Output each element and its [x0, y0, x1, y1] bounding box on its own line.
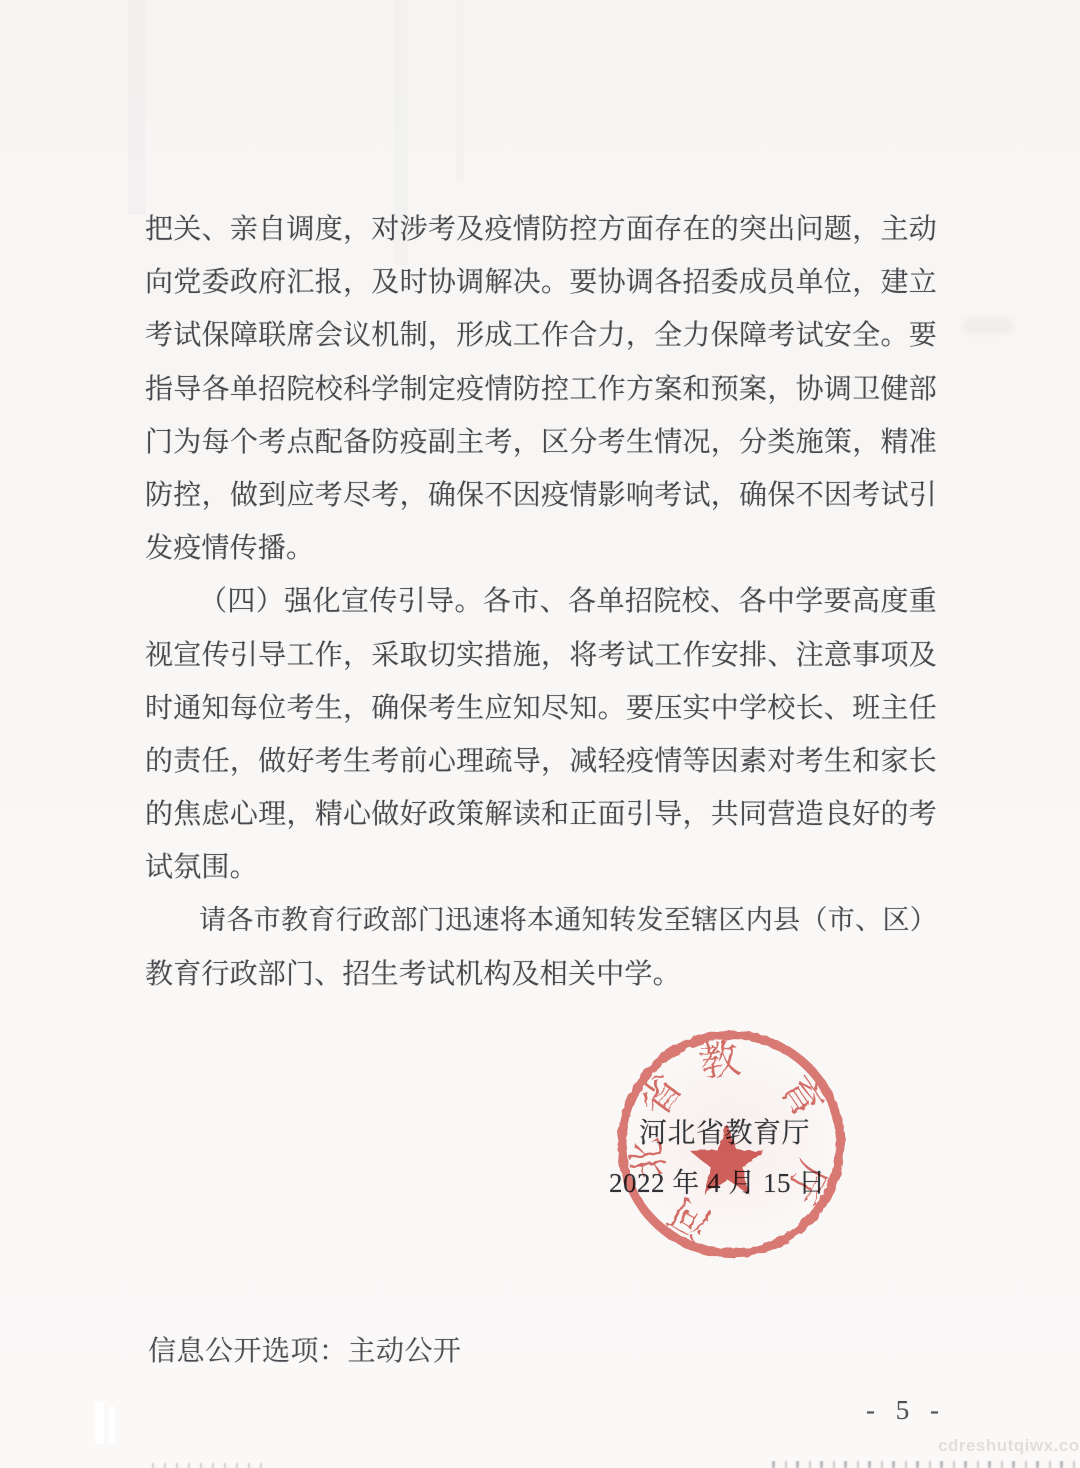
body-line: 向党委政府汇报，及时协调解决。要协调各招委成员单位，建立	[145, 256, 937, 309]
scan-artifact-streak	[95, 1402, 104, 1444]
body-text: 把关、亲自调度，对涉考及疫情防控方面存在的突出问题，主动 向党委政府汇报，及时协…	[145, 203, 937, 1001]
body-line: 时通知每位考生，确保考生应知尽知。要压实中学校长、班主任	[145, 682, 937, 735]
scan-artifact-streak	[128, 0, 146, 215]
scan-artifact-streak	[456, 0, 464, 180]
body-line: 教育行政部门、招生考试机构及相关中学。	[145, 948, 937, 1001]
body-line: 发疫情传播。	[145, 522, 937, 575]
watermark-text: cdreshutqiwx.co	[938, 1436, 1080, 1456]
body-line: 的焦虑心理，精心做好政策解读和正面引导，共同营造良好的考	[145, 788, 937, 841]
seal-star-icon	[690, 1124, 764, 1195]
scan-artifact-cutoff-text	[772, 1461, 1080, 1468]
body-line: 的责任，做好考生考前心理疏导，减轻疫情等因素对考生和家长	[145, 735, 937, 788]
body-line: （四）强化宣传引导。各市、各单招院校、各中学要高度重	[145, 575, 937, 628]
disclosure-note: 信息公开选项：主动公开	[148, 1329, 462, 1369]
body-line: 考试保障联席会议机制，形成工作合力，全力保障考试安全。要	[145, 309, 937, 362]
body-line: 门为每个考点配备防疫副主考，区分考生情况，分类施策，精准	[145, 416, 937, 469]
body-line: 试氛围。	[145, 841, 937, 894]
body-line: 把关、亲自调度，对涉考及疫情防控方面存在的突出问题，主动	[145, 203, 937, 256]
body-line: 请各市教育行政部门迅速将本通知转发至辖区内县（市、区）	[145, 894, 937, 947]
official-seal-stamp: 河 北 省 教 育 厅	[597, 1015, 867, 1275]
scan-artifact-cutoff-text	[152, 1463, 262, 1468]
body-line: 指导各单招院校科学制定疫情防控工作方案和预案，协调卫健部	[145, 363, 937, 416]
document-page: 把关、亲自调度，对涉考及疫情防控方面存在的突出问题，主动 向党委政府汇报，及时协…	[0, 0, 1080, 1468]
page-number: - 5 -	[866, 1395, 946, 1426]
scan-artifact-streak	[109, 1406, 115, 1444]
body-line: 防控，做到应考尽考，确保不因疫情影响考试，确保不因考试引	[145, 469, 937, 522]
seal-arc-char: 教	[696, 1035, 742, 1085]
body-line: 视宣传引导工作，采取切实措施，将考试工作安排、注意事项及	[145, 629, 937, 682]
scan-artifact-smudge	[962, 318, 1014, 334]
seal-arc-char: 北	[622, 1135, 673, 1182]
